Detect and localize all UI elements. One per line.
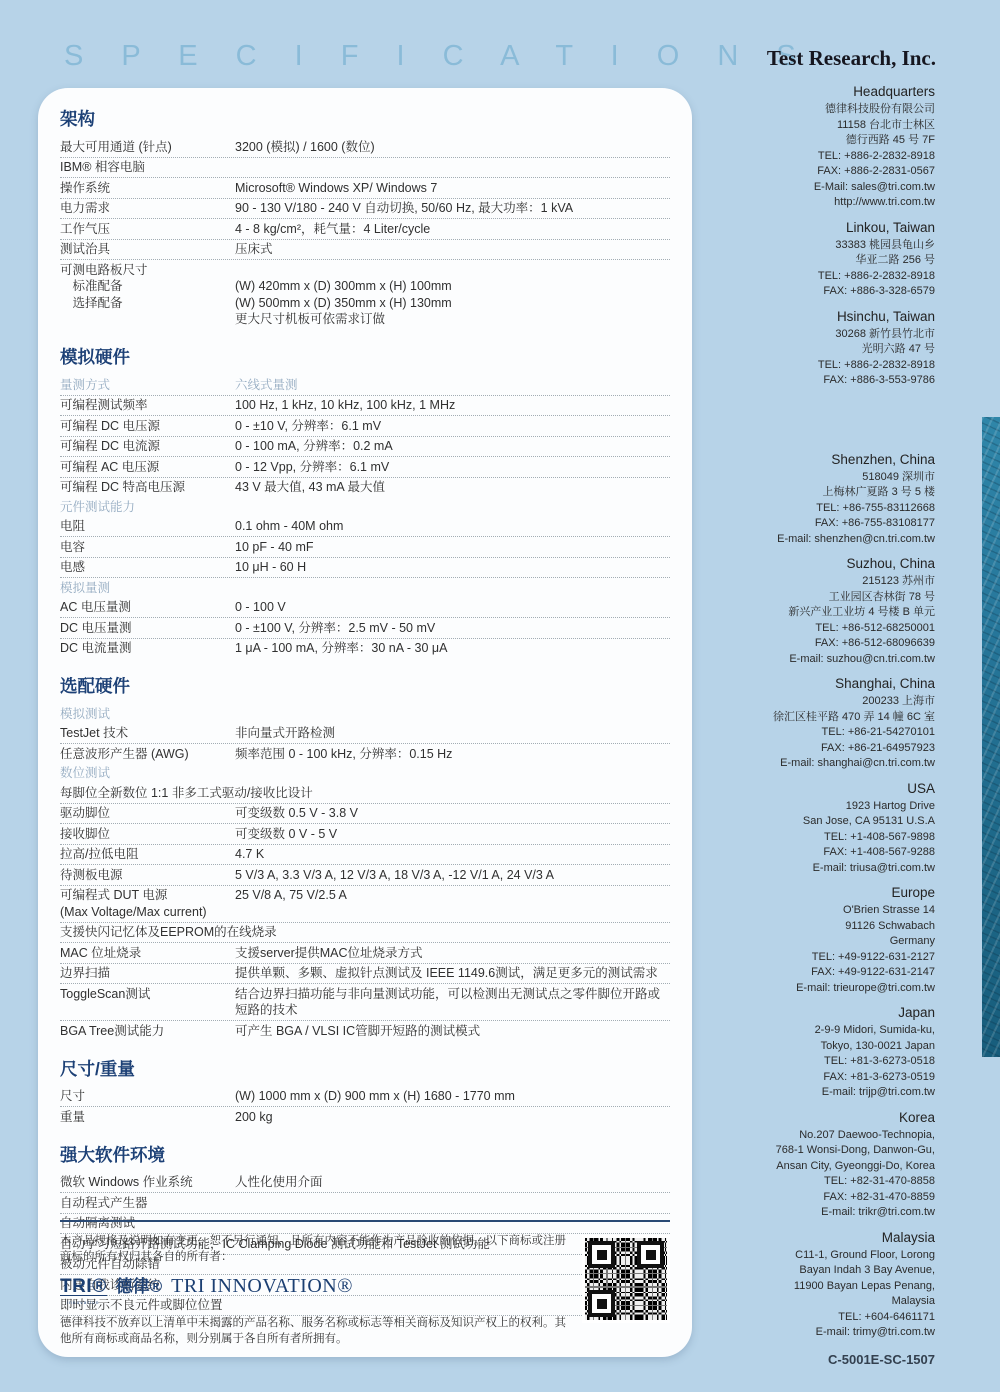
spec-value: 5 V/3 A, 3.3 V/3 A, 12 V/3 A, 18 V/3 A, … — [235, 867, 670, 884]
spec-value: 4.7 K — [235, 846, 670, 863]
spec-label: ToggleScan测试 — [60, 986, 235, 1003]
office-address: 200233 上海市 徐汇区桂平路 470 弄 14 幢 6C 室 TEL: +… — [635, 694, 935, 772]
pcb-image-strip — [982, 417, 1000, 1057]
tri-logo-mark: TRI®innovation — [60, 1280, 107, 1310]
office-address: 33383 桃园县龟山乡 华亚二路 256 号 TEL: +886-2-2832… — [635, 238, 935, 300]
spec-label: 量测方式 — [60, 377, 235, 394]
office-block: Suzhou, China 215123 苏州市 工业园区杏林街 78 号 新兴… — [635, 556, 935, 667]
spec-row: 支援快闪记忆体及EEPROM的在线烧录 — [60, 923, 670, 944]
spec-label: 任意波形产生器 (AWG) — [60, 746, 235, 763]
spec-row: 待测板电源 5 V/3 A, 3.3 V/3 A, 12 V/3 A, 18 V… — [60, 865, 670, 886]
tri-logo-chinese: 德律® — [116, 1272, 163, 1297]
spec-label: 元件测试能力 — [60, 499, 235, 516]
section-architecture: 架构 最大可用通道 (针点) 3200 (模拟) / 1600 (数位) IBM… — [60, 106, 670, 329]
spec-label: 可测电路板尺寸 标准配备 选择配备 — [60, 262, 235, 312]
spec-label: 最大可用通道 (针点) — [60, 139, 235, 156]
spec-label: 电阻 — [60, 518, 235, 535]
office-block: Headquarters 德律科技股份有限公司 11158 台北市士林区 德行西… — [635, 84, 935, 211]
spec-row: 任意波形产生器 (AWG) 频率范围 0 - 100 kHz, 分辨率：0.15… — [60, 744, 670, 764]
spec-row: DC 电压量测 0 - ±100 V, 分辨率：2.5 mV - 50 mV — [60, 618, 670, 639]
section-heading: 强大软件环境 — [60, 1142, 670, 1167]
section-dimensions-weight: 尺寸/重量 尺寸 (W) 1000 mm x (D) 900 mm x (H) … — [60, 1056, 670, 1127]
office-title: Headquarters — [635, 84, 935, 100]
spec-row: 操作系统 Microsoft® Windows XP/ Windows 7 — [60, 178, 670, 199]
spec-row: 最大可用通道 (针点) 3200 (模拟) / 1600 (数位) — [60, 137, 670, 158]
datasheet-page: { "page": { "title": "S P E C I F I C A … — [0, 0, 1000, 1392]
section-heading: 尺寸/重量 — [60, 1056, 670, 1081]
spec-row: 模拟测试 — [60, 704, 670, 724]
spec-label: 操作系统 — [60, 180, 235, 197]
office-title: Shenzhen, China — [635, 452, 935, 468]
spec-label: 尺寸 — [60, 1088, 235, 1105]
spec-value: 4 - 8 kg/cm²，耗气量：4 Liter/cycle — [235, 221, 670, 238]
office-title: USA — [635, 781, 935, 797]
qr-finder-icon — [588, 1290, 615, 1317]
spec-row: MAC 位址烧录 支援server提供MAC位址烧录方式 — [60, 943, 670, 964]
spec-row: 每脚位全新数位 1:1 非多工式驱动/接收比设计 — [60, 783, 670, 804]
office-title: Europe — [635, 885, 935, 901]
spec-row: 工作气压 4 - 8 kg/cm²，耗气量：4 Liter/cycle — [60, 219, 670, 240]
contact-sidebar: Headquarters 德律科技股份有限公司 11158 台北市士林区 德行西… — [635, 84, 935, 1350]
spec-row: 重量 200 kg — [60, 1107, 670, 1127]
spec-row: 边界扫描 提供单颗、多颗、虚拟针点测试及 IEEE 1149.6测试，满足更多元… — [60, 964, 670, 985]
spec-row: BGA Tree测试能力 可产生 BGA / VLSI IC管脚开短路的测试模式 — [60, 1021, 670, 1041]
spec-row: DC 电流量测 1 μA - 100 mA, 分辨率：30 nA - 30 μA — [60, 639, 670, 659]
spec-row: 尺寸 (W) 1000 mm x (D) 900 mm x (H) 1680 -… — [60, 1087, 670, 1108]
spec-value: (W) 420mm x (D) 300mm x (H) 100mm (W) 50… — [235, 262, 670, 328]
spec-label: 模拟测试 — [60, 706, 235, 723]
spec-label: AC 电压量测 — [60, 599, 235, 616]
spec-row: 电容 10 pF - 40 mF — [60, 537, 670, 558]
spec-label: 电容 — [60, 539, 235, 556]
spec-value: 频率范围 0 - 100 kHz, 分辨率：0.15 Hz — [235, 746, 670, 763]
office-block: Japan 2-9-9 Midori, Sumida-ku, Tokyo, 13… — [635, 1005, 935, 1101]
office-address: 518049 深圳市 上梅林广夏路 3 号 5 楼 TEL: +86-755-8… — [635, 470, 935, 548]
spec-value: 可产生 BGA / VLSI IC管脚开短路的测试模式 — [235, 1023, 670, 1040]
office-block: Malaysia C11-1, Ground Floor, Lorong Bay… — [635, 1230, 935, 1341]
spec-value: 3200 (模拟) / 1600 (数位) — [235, 139, 670, 156]
spec-row: 可编程 AC 电压源 0 - 12 Vpp, 分辨率：6.1 mV — [60, 457, 670, 478]
office-title: Malaysia — [635, 1230, 935, 1246]
spec-row: 模拟量测 — [60, 578, 670, 598]
spec-value: 0 - ±100 V, 分辨率：2.5 mV - 50 mV — [235, 620, 670, 637]
spec-row: 可编程 DC 特高电压源 43 V 最大值, 43 mA 最大值 — [60, 478, 670, 498]
office-address: 30268 新竹县竹北市 光明六路 47 号 TEL: +886-2-2832-… — [635, 327, 935, 389]
spec-label: TestJet 技术 — [60, 725, 235, 742]
spec-row: 可编程测试频率 100 Hz, 1 kHz, 10 kHz, 100 kHz, … — [60, 396, 670, 417]
spec-label: 数位测试 — [60, 765, 235, 782]
spec-value: 人性化使用介面 — [235, 1174, 670, 1191]
spec-label: 边界扫描 — [60, 965, 235, 982]
office-block: USA 1923 Hartog Drive San Jose, CA 95131… — [635, 781, 935, 877]
spec-value: 结合边界扫描功能与非向量测试功能，可以检测出无测试点之零件脚位开路或短路的技术 — [235, 986, 670, 1019]
company-name: Test Research, Inc. — [767, 46, 936, 71]
spec-label: 测试治具 — [60, 241, 235, 258]
spec-rows: 量测方式 六线式量测 可编程测试频率 100 Hz, 1 kHz, 10 kHz… — [60, 375, 670, 658]
spec-label: 可编程式 DUT 电源 (Max Voltage/Max current) — [60, 887, 235, 920]
office-title: Korea — [635, 1110, 935, 1126]
office-block: Hsinchu, Taiwan 30268 新竹县竹北市 光明六路 47 号 T… — [635, 309, 935, 389]
section-analog-hardware: 模拟硬件 量测方式 六线式量测 可编程测试频率 100 Hz, 1 kHz, 1… — [60, 344, 670, 658]
spec-value: Microsoft® Windows XP/ Windows 7 — [235, 180, 670, 197]
spec-row: 可编程式 DUT 电源 (Max Voltage/Max current) 25… — [60, 886, 670, 923]
office-block: Europe O'Brien Strasse 14 91126 Schwabac… — [635, 885, 935, 996]
office-title: Shanghai, China — [635, 676, 935, 692]
spec-value: 10 pF - 40 mF — [235, 539, 670, 556]
spec-value: 90 - 130 V/180 - 240 V 自动切换, 50/60 Hz, 最… — [235, 200, 670, 217]
spec-value: 非向量式开路检测 — [235, 725, 670, 742]
section-optional-hardware: 选配硬件 模拟测试 TestJet 技术 非向量式开路检测 任意波形产生器 (A… — [60, 673, 670, 1041]
spec-label: 支援快闪记忆体及EEPROM的在线烧录 — [60, 924, 670, 941]
spec-row: 自动程式产生器 — [60, 1193, 670, 1214]
tri-logo-wordmark: TRI INNOVATION® — [171, 1275, 353, 1298]
office-block: Korea No.207 Daewoo-Technopia, 768-1 Won… — [635, 1110, 935, 1221]
disclaimer-top: 本产品规格及说明如有变更，恕不另行通知，且所有内容不能作为产品验收的依据。以下商… — [60, 1233, 575, 1265]
tri-logo: TRI®innovation 德律® TRI INNOVATION® — [60, 1272, 670, 1310]
spec-value: 压床式 — [235, 241, 670, 258]
spec-row: IBM® 相容电脑 — [60, 158, 670, 179]
office-block: Shanghai, China 200233 上海市 徐汇区桂平路 470 弄 … — [635, 676, 935, 772]
spec-row: TestJet 技术 非向量式开路检测 — [60, 724, 670, 745]
spec-row: 电阻 0.1 ohm - 40M ohm — [60, 517, 670, 538]
spec-label: 接收脚位 — [60, 826, 235, 843]
spec-label: 可编程 DC 电压源 — [60, 418, 235, 435]
disclaimer-bottom: 德律科技不放弃以上清单中未揭露的产品名称、服务名称或标志等相关商标及知识产权上的… — [60, 1315, 575, 1347]
spec-row: 接收脚位 可变级数 0 V - 5 V — [60, 824, 670, 845]
spec-row: 可测电路板尺寸 标准配备 选择配备 (W) 420mm x (D) 300mm … — [60, 260, 670, 329]
spec-row: 元件测试能力 — [60, 497, 670, 517]
spec-row: 拉高/拉低电阻 4.7 K — [60, 845, 670, 866]
spec-label: 自动程式产生器 — [60, 1195, 670, 1212]
spec-rows: 尺寸 (W) 1000 mm x (D) 900 mm x (H) 1680 -… — [60, 1087, 670, 1127]
spec-label: 待测板电源 — [60, 867, 235, 884]
spec-row: 微软 Windows 作业系统 人性化使用介面 — [60, 1173, 670, 1194]
spec-value: 0.1 ohm - 40M ohm — [235, 518, 670, 535]
spec-value: 可变级数 0 V - 5 V — [235, 826, 670, 843]
spec-value: 0 - ±10 V, 分辨率：6.1 mV — [235, 418, 670, 435]
spec-label: 可编程 AC 电压源 — [60, 459, 235, 476]
page-title: S P E C I F I C A T I O N S — [64, 40, 811, 73]
card-footer: 本产品规格及说明如有变更，恕不另行通知，且所有内容不能作为产品验收的依据。以下商… — [60, 1220, 670, 1345]
spec-value: 提供单颗、多颗、虚拟针点测试及 IEEE 1149.6测试，满足更多元的测试需求 — [235, 965, 670, 982]
spec-label: DC 电流量测 — [60, 640, 235, 657]
spec-row: 可编程 DC 电压源 0 - ±10 V, 分辨率：6.1 mV — [60, 416, 670, 437]
spec-value: (W) 1000 mm x (D) 900 mm x (H) 1680 - 17… — [235, 1088, 670, 1105]
office-title: Hsinchu, Taiwan — [635, 309, 935, 325]
spec-label: 电感 — [60, 559, 235, 576]
office-address: O'Brien Strasse 14 91126 Schwabach Germa… — [635, 903, 935, 996]
spec-label: 模拟量测 — [60, 580, 235, 597]
spec-row: 驱动脚位 可变级数 0.5 V - 3.8 V — [60, 804, 670, 825]
section-heading: 模拟硬件 — [60, 344, 670, 369]
spec-label: IBM® 相容电脑 — [60, 159, 670, 176]
spec-value: 0 - 100 V — [235, 599, 670, 616]
spec-row: 数位测试 — [60, 764, 670, 784]
spec-value: 10 μH - 60 H — [235, 559, 670, 576]
spec-value: 0 - 12 Vpp, 分辨率：6.1 mV — [235, 459, 670, 476]
spec-rows: 模拟测试 TestJet 技术 非向量式开路检测 任意波形产生器 (AWG) 频… — [60, 704, 670, 1041]
spec-label: DC 电压量测 — [60, 620, 235, 637]
spec-label: 微软 Windows 作业系统 — [60, 1174, 235, 1191]
spec-label: MAC 位址烧录 — [60, 945, 235, 962]
office-address: 1923 Hartog Drive San Jose, CA 95131 U.S… — [635, 799, 935, 877]
section-heading: 架构 — [60, 106, 670, 131]
office-address: C11-1, Ground Floor, Lorong Bayan Indah … — [635, 1248, 935, 1341]
section-heading: 选配硬件 — [60, 673, 670, 698]
tri-logo-sub: innovation — [60, 1295, 107, 1310]
qr-finder-icon — [588, 1241, 615, 1268]
office-address: No.207 Daewoo-Technopia, 768-1 Wonsi-Don… — [635, 1128, 935, 1221]
spec-label: 电力需求 — [60, 200, 235, 217]
spec-card: 架构 最大可用通道 (针点) 3200 (模拟) / 1600 (数位) IBM… — [38, 88, 692, 1357]
spec-label: 驱动脚位 — [60, 805, 235, 822]
spec-value: 六线式量测 — [235, 377, 670, 394]
spec-label: 可编程测试频率 — [60, 397, 235, 414]
spec-value: 200 kg — [235, 1109, 670, 1126]
spec-row: 测试治具 压床式 — [60, 240, 670, 261]
office-title: Japan — [635, 1005, 935, 1021]
spec-value: 25 V/8 A, 75 V/2.5 A — [235, 887, 670, 904]
spec-label: BGA Tree测试能力 — [60, 1023, 235, 1040]
spec-label: 可编程 DC 电流源 — [60, 438, 235, 455]
spec-label: 拉高/拉低电阻 — [60, 846, 235, 863]
office-address: 215123 苏州市 工业园区杏林街 78 号 新兴产业工业坊 4 号楼 B 单… — [635, 574, 935, 667]
spec-row: AC 电压量测 0 - 100 V — [60, 598, 670, 619]
spec-label: 重量 — [60, 1109, 235, 1126]
spec-row: 量测方式 六线式量测 — [60, 375, 670, 396]
spec-value: 1 μA - 100 mA, 分辨率：30 nA - 30 μA — [235, 640, 670, 657]
office-block: Linkou, Taiwan 33383 桃园县龟山乡 华亚二路 256 号 T… — [635, 220, 935, 300]
spec-label: 每脚位全新数位 1:1 非多工式驱动/接收比设计 — [60, 785, 670, 802]
spec-row: 电感 10 μH - 60 H — [60, 558, 670, 579]
office-title: Linkou, Taiwan — [635, 220, 935, 236]
spec-value: 0 - 100 mA, 分辨率：0.2 mA — [235, 438, 670, 455]
spec-value: 可变级数 0.5 V - 3.8 V — [235, 805, 670, 822]
spec-row: ToggleScan测试 结合边界扫描功能与非向量测试功能，可以检测出无测试点之… — [60, 984, 670, 1021]
office-address: 德律科技股份有限公司 11158 台北市士林区 德行西路 45 号 7F TEL… — [635, 102, 935, 211]
spec-row: 电力需求 90 - 130 V/180 - 240 V 自动切换, 50/60 … — [60, 199, 670, 220]
spec-value: 43 V 最大值, 43 mA 最大值 — [235, 479, 670, 496]
document-code: C-5001E-SC-1507 — [828, 1352, 935, 1367]
spec-row: 可编程 DC 电流源 0 - 100 mA, 分辨率：0.2 mA — [60, 437, 670, 458]
spec-value: 支援server提供MAC位址烧录方式 — [235, 945, 670, 962]
spec-rows: 最大可用通道 (针点) 3200 (模拟) / 1600 (数位) IBM® 相… — [60, 137, 670, 329]
office-title: Suzhou, China — [635, 556, 935, 572]
office-address: 2-9-9 Midori, Sumida-ku, Tokyo, 130-0021… — [635, 1023, 935, 1101]
spec-label: 可编程 DC 特高电压源 — [60, 479, 235, 496]
spec-value: 100 Hz, 1 kHz, 10 kHz, 100 kHz, 1 MHz — [235, 397, 670, 414]
office-block: Shenzhen, China 518049 深圳市 上梅林广夏路 3 号 5 … — [635, 452, 935, 548]
spec-label: 工作气压 — [60, 221, 235, 238]
